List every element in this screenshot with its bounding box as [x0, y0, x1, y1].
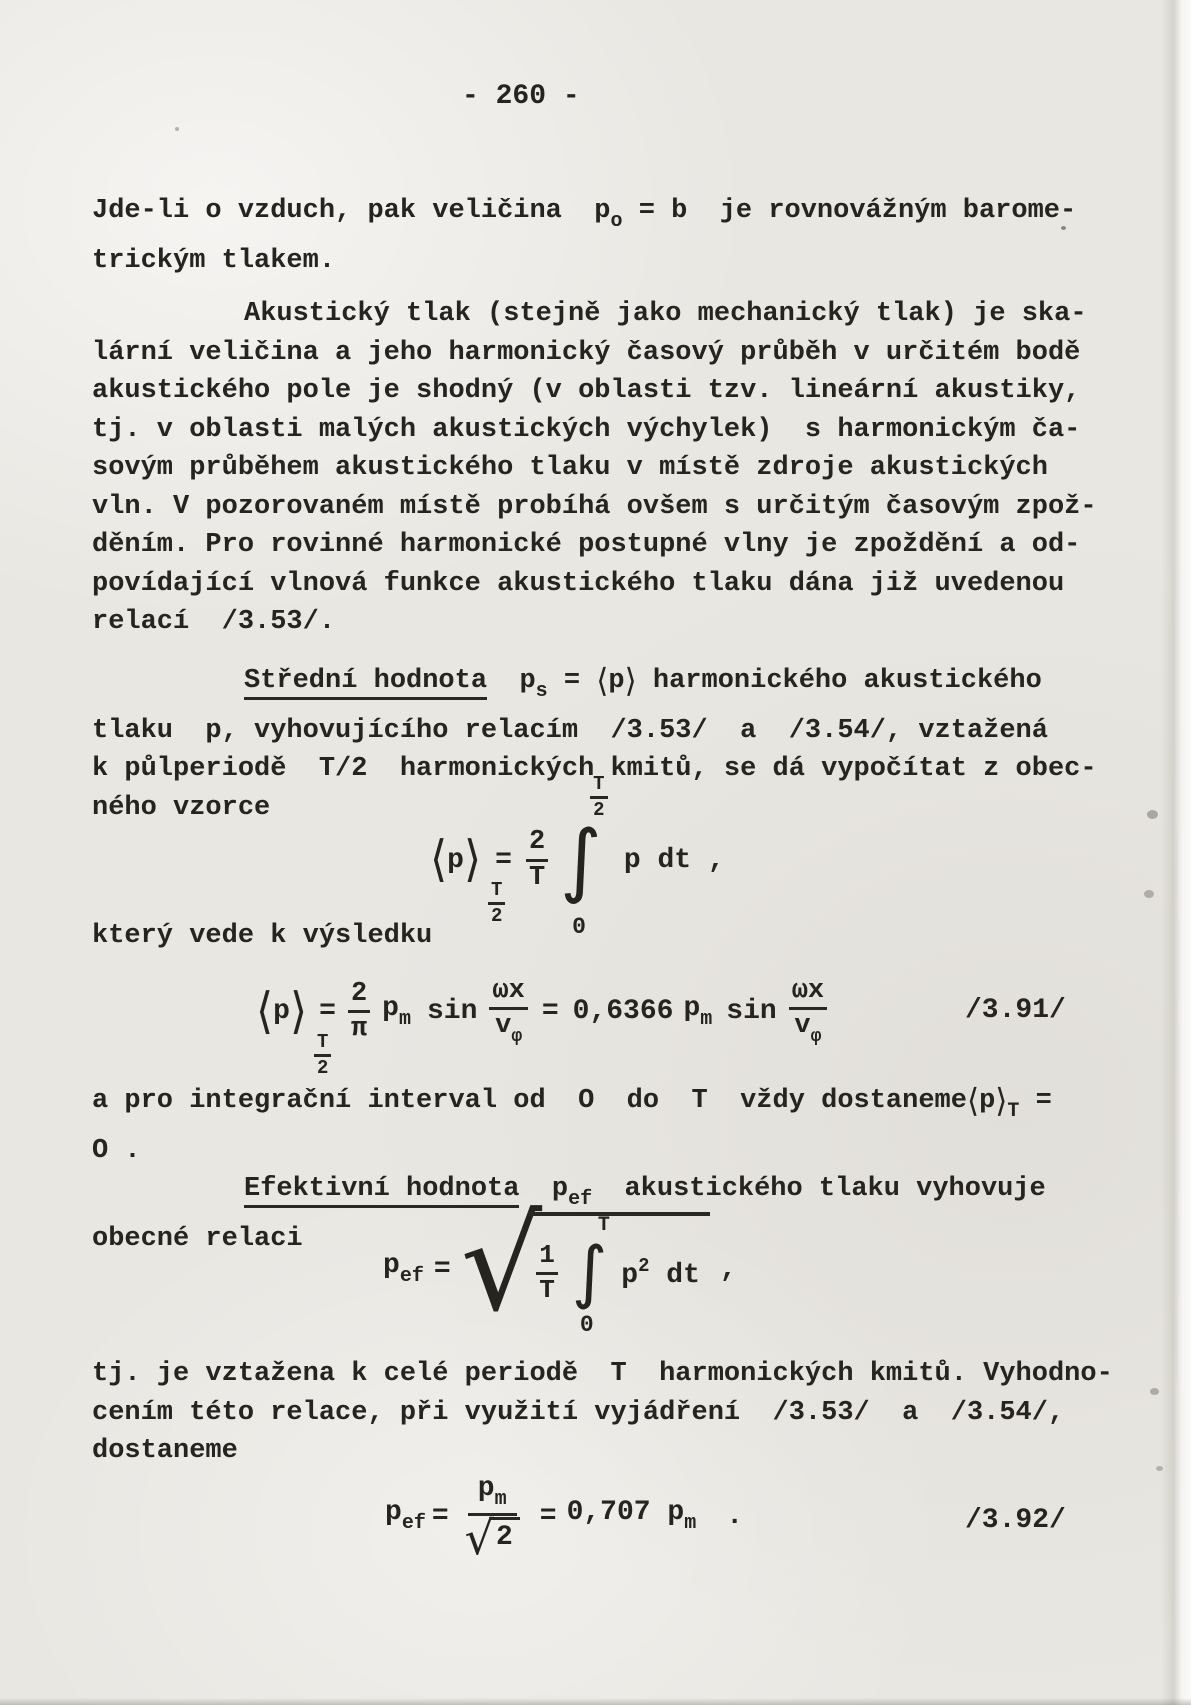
- subscript-s: s: [536, 680, 548, 703]
- radicand: 1T ∫ T 0 p2 dt: [528, 1212, 710, 1326]
- equals-sign: =: [434, 1254, 451, 1285]
- fraction-omega-x-over-v-phi: ωxvφ: [489, 976, 527, 1047]
- equals-sign: =: [542, 996, 559, 1027]
- pressure-symbol: p: [447, 845, 464, 876]
- text-line: tj. je vztažena k celé periodě T harmoni…: [92, 1355, 1113, 1394]
- formula-392: pef = pm √2 = 0,707 pm .: [385, 1473, 743, 1559]
- text-ktery-vede: který vede k výsledku: [92, 917, 432, 956]
- text-line: relací /3.53/.: [92, 603, 1097, 642]
- right-angle-bracket: ⟩: [625, 661, 637, 701]
- text-line: akustického pole je shodný (v oblasti tz…: [92, 372, 1097, 411]
- right-angle-bracket: ⟩: [995, 1081, 1007, 1121]
- text-line: tj. v oblasti malých akustických výchyle…: [92, 411, 1097, 450]
- scanned-document-page: - 260 - Jde-li o vzduch, pak veličina po…: [0, 0, 1191, 1705]
- text-seg: harmonického akustického: [637, 666, 1042, 696]
- text-line: Jde-li o vzduch, pak veličina po = b je …: [92, 192, 1076, 242]
- mean-bracket-term: ⟨ p ⟩ T2: [430, 838, 481, 882]
- equals-sign: =: [432, 1501, 449, 1532]
- text-line: Střední hodnota ps = ⟨p⟩ harmonického ak…: [92, 662, 1097, 712]
- text-line: cením této relace, při využití vyjádření…: [92, 1394, 1113, 1433]
- paper-speck: [1147, 810, 1158, 819]
- integral-term: ∫ T 0: [572, 1242, 607, 1304]
- paper-speck: [175, 127, 179, 131]
- fraction-2-over-pi: 2π: [348, 979, 370, 1044]
- integral-sign: ∫: [572, 1242, 607, 1304]
- text-line: Akustický tlak (stejně jako mechanický t…: [92, 295, 1097, 334]
- mean-bracket-term: ⟨ p ⟩ T2: [256, 990, 307, 1034]
- p-ef-symbol: pef: [383, 1250, 424, 1288]
- subscript-half-period: T2: [488, 880, 505, 927]
- left-angle-bracket: ⟨: [596, 661, 608, 701]
- equals-sign: =: [495, 845, 512, 876]
- left-angle-bracket: ⟨: [256, 987, 273, 1036]
- text-line: vln. V pozorovaném místě probíhá ovšem s…: [92, 488, 1097, 527]
- formula-391: ⟨ p ⟩ T2 = 2π pm sin ωxvφ = 0,6366 pm si…: [256, 976, 827, 1047]
- p-ef-symbol: pef: [385, 1497, 426, 1535]
- text-seg: =: [548, 666, 597, 696]
- paragraph-intro: Jde-li o vzduch, pak veličina po = b je …: [92, 192, 1076, 280]
- text-seg: a pro integrační interval od O do T vždy…: [92, 1086, 967, 1116]
- sin-function: sin: [427, 996, 477, 1027]
- subscript-o: o: [610, 210, 622, 233]
- underlined-heading: Střední hodnota: [244, 666, 487, 700]
- equals-sign: =: [540, 1501, 557, 1532]
- integral-sign: ∫: [560, 824, 602, 896]
- text-line: a pro integrační interval od O do T vždy…: [92, 1082, 1052, 1132]
- fraction-pm-over-sqrt2: pm √2: [465, 1473, 520, 1559]
- text-line: O .: [92, 1132, 1052, 1171]
- subscript-ef: ef: [568, 1188, 592, 1211]
- p-m-symbol: pm: [382, 993, 411, 1031]
- intro-text: Jde-li o vzduch, pak veličina p: [92, 196, 610, 226]
- result-value: 0,707 pm: [567, 1497, 697, 1535]
- equals-sign: =: [1019, 1086, 1051, 1116]
- sin-function: sin: [726, 996, 776, 1027]
- torn-paper-edge: [1161, 0, 1191, 1705]
- text-line: trickým tlakem.: [92, 242, 1076, 281]
- paper-speck: [1144, 890, 1154, 898]
- formula-mean-value: ⟨ p ⟩ T2 = 2T ∫ T2 0 p dt ,: [430, 824, 725, 896]
- period: .: [726, 1501, 743, 1532]
- integrand: p dt ,: [624, 845, 725, 876]
- radical-term: √ 1T ∫ T 0 p2 dt: [461, 1212, 710, 1326]
- equation-number-391: /3.91/: [965, 995, 1066, 1026]
- upper-limit-half-period: T2: [590, 774, 607, 821]
- text-line: povídající vlnová funkce akustického tla…: [92, 565, 1097, 604]
- paper-speck: [1150, 1388, 1159, 1395]
- right-angle-bracket: ⟩: [290, 987, 307, 1036]
- coefficient-06366: 0,6366: [573, 996, 674, 1027]
- mean-p-symbol: p: [608, 666, 624, 696]
- pressure-symbol: p: [273, 996, 290, 1027]
- pressure-symbol: p: [979, 1086, 995, 1116]
- integral-term: ∫ T2 0: [560, 824, 602, 896]
- intro-text-cont: = b je rovnovážným barome-: [623, 196, 1077, 226]
- superscript-2: 2: [638, 1255, 649, 1277]
- page-number: - 260 -: [462, 78, 580, 117]
- text-line: tlaku p, vyhovujícího relacím /3.53/ a /…: [92, 712, 1097, 751]
- equation-number-392: /3.92/: [965, 1505, 1066, 1536]
- lower-limit-zero: 0: [580, 1312, 594, 1338]
- paper-speck: [1061, 226, 1066, 230]
- fraction-1-over-T: 1T: [536, 1241, 558, 1304]
- left-angle-bracket: ⟨: [430, 835, 447, 884]
- upper-limit-T: T: [598, 1214, 610, 1237]
- page-bottom-shadow: [0, 1698, 1191, 1705]
- subscript-T: T: [1007, 1100, 1019, 1123]
- right-angle-bracket: ⟩: [464, 835, 481, 884]
- paragraph-akusticky-tlak: Akustický tlak (stejně jako mechanický t…: [92, 295, 1097, 642]
- fraction-omega-x-over-v-phi: ωxvφ: [789, 976, 827, 1047]
- text-line: děním. Pro rovinné harmonické postupné v…: [92, 526, 1097, 565]
- text-line: sovým průběhem akustického tlaku v místě…: [92, 449, 1097, 488]
- text-line: lární veličina a jeho harmonický časový …: [92, 334, 1097, 373]
- text-line: dostaneme: [92, 1432, 1113, 1471]
- integrand: p2 dt: [621, 1255, 700, 1291]
- subscript-half-period: T2: [314, 1032, 331, 1079]
- paragraph-interval: a pro integrační interval od O do T vždy…: [92, 1082, 1052, 1170]
- lower-limit-zero: 0: [572, 914, 586, 940]
- paragraph-tj-vztazena: tj. je vztažena k celé periodě T harmoni…: [92, 1355, 1113, 1471]
- text-seg: p: [487, 666, 536, 696]
- text-seg: akustického tlaku vyhovuje: [592, 1174, 1046, 1204]
- equals-sign: =: [319, 996, 336, 1027]
- fraction-2-over-T: 2T: [526, 827, 548, 892]
- p-m-symbol: pm: [683, 993, 712, 1031]
- formula-effective-value: pef = √ 1T ∫ T 0 p2 dt ,: [383, 1212, 737, 1326]
- left-angle-bracket: ⟨: [967, 1081, 979, 1121]
- comma: ,: [720, 1254, 737, 1285]
